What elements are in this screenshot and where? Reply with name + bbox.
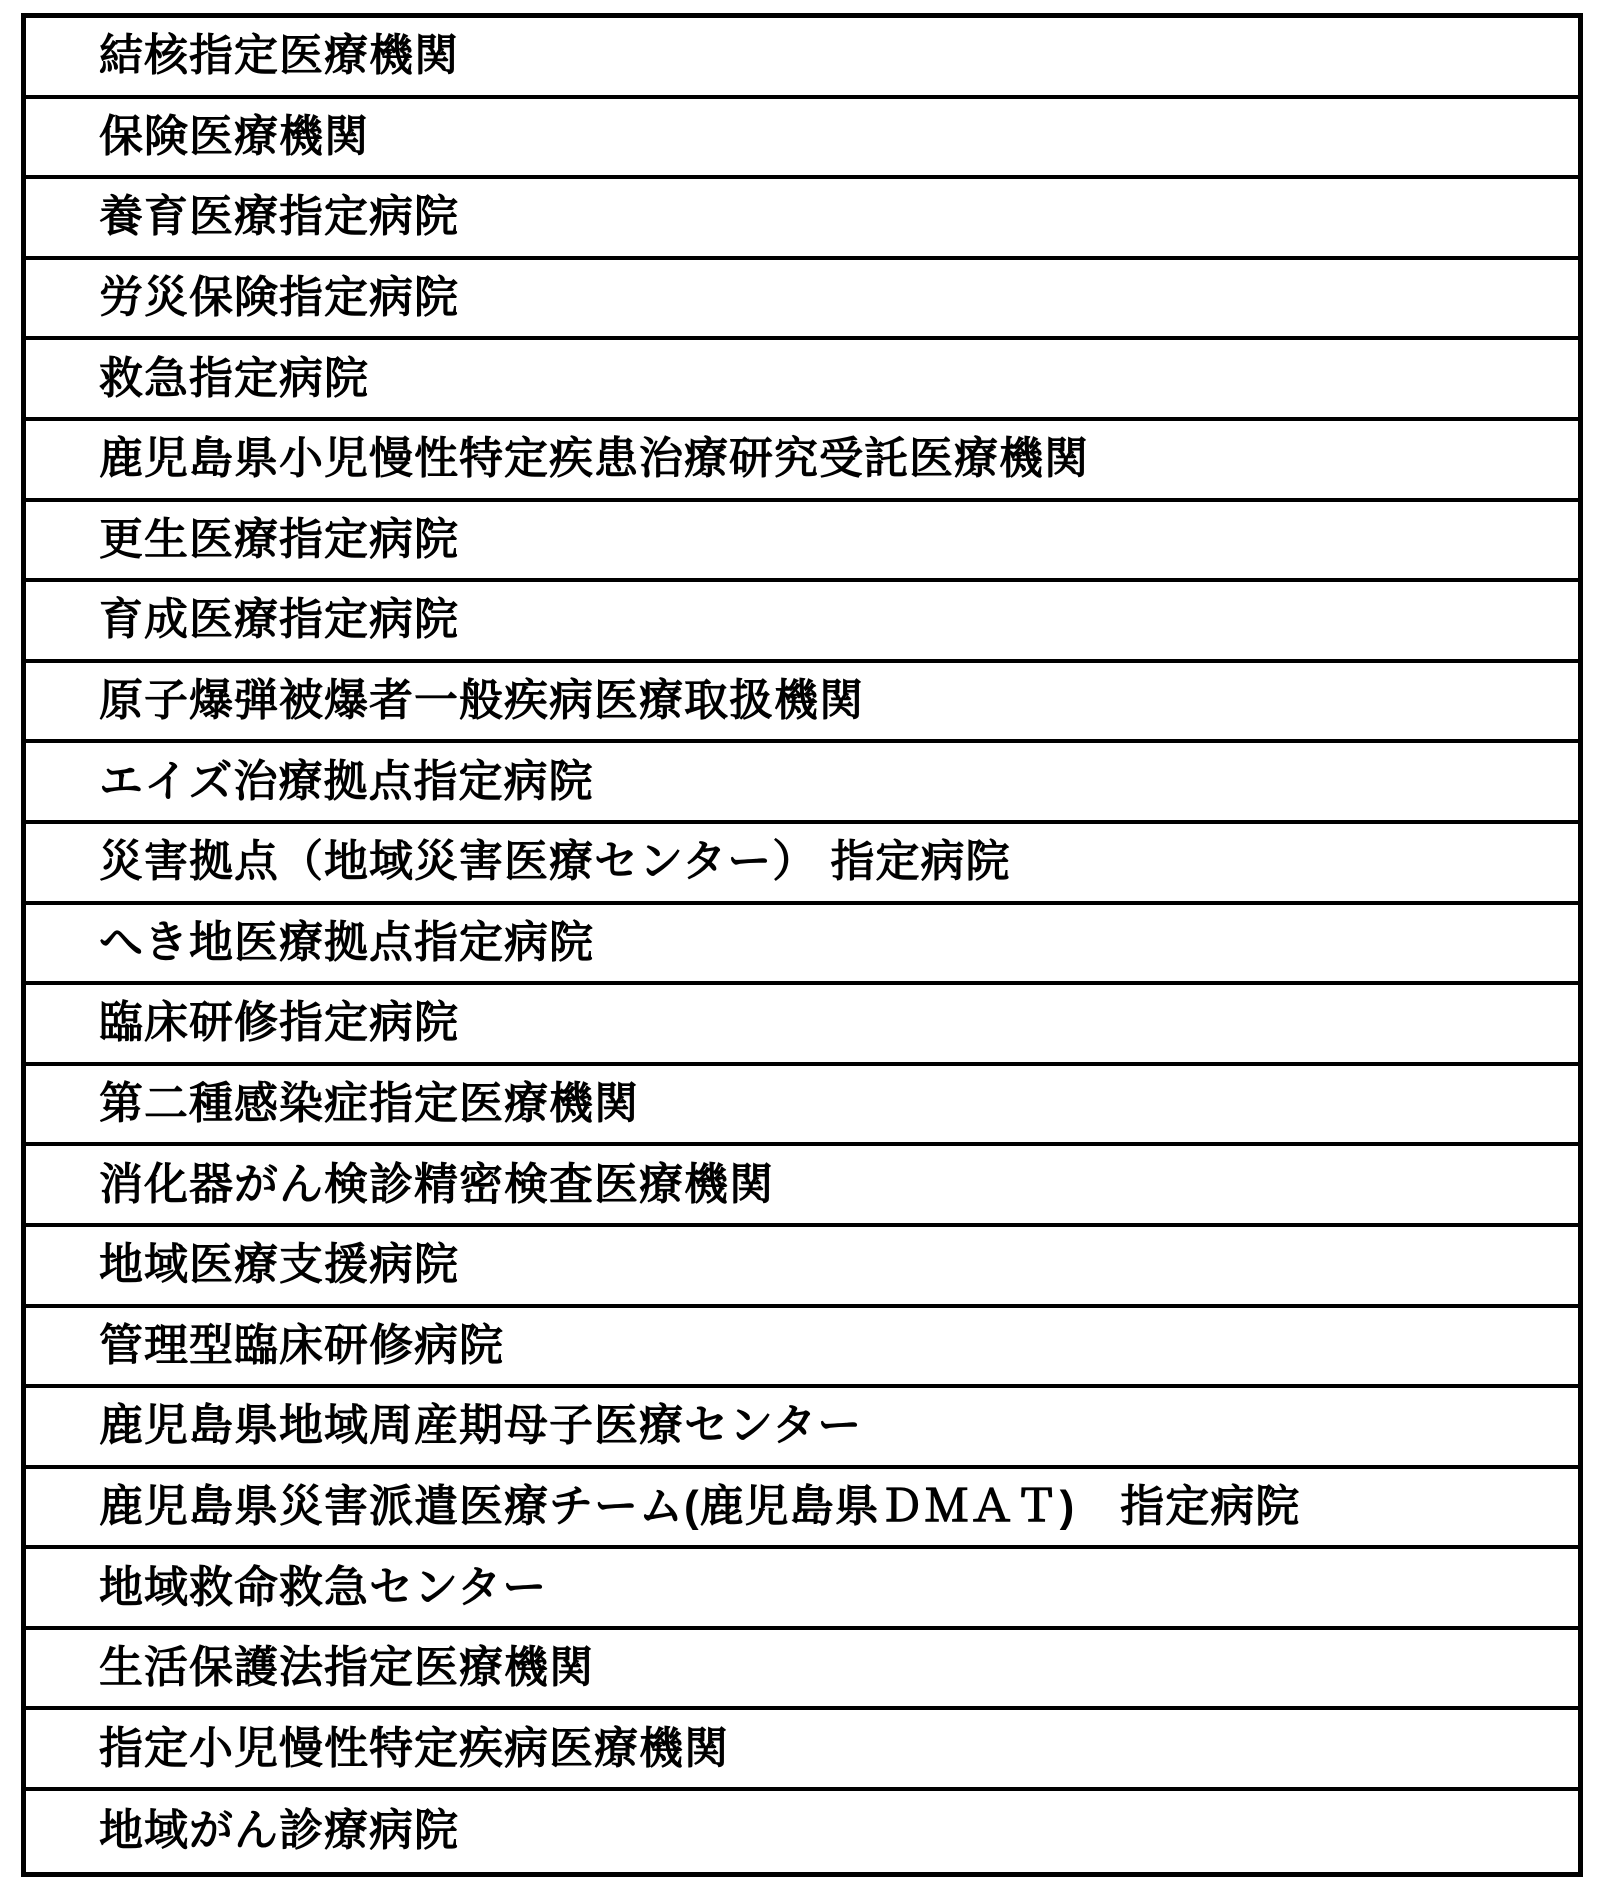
designation-label: 鹿児島県小児慢性特定疾患治療研究受託医療機関: [26, 437, 1089, 481]
table-row: 鹿児島県災害派遣医療チーム(鹿児島県ＤＭＡＴ) 指定病院: [26, 1469, 1578, 1550]
table-row: 災害拠点（地域災害医療センター） 指定病院: [26, 824, 1578, 905]
table-row: 指定小児慢性特定疾病医療機関: [26, 1710, 1578, 1791]
designation-table: 結核指定医療機関保険医療機関養育医療指定病院労災保険指定病院救急指定病院鹿児島県…: [21, 13, 1583, 1877]
designation-label: 更生医療指定病院: [26, 518, 459, 562]
table-row: 地域救命救急センター: [26, 1549, 1578, 1630]
table-row: 臨床研修指定病院: [26, 985, 1578, 1066]
table-row: 労災保険指定病院: [26, 260, 1578, 341]
designation-label: へき地医療拠点指定病院: [26, 921, 594, 965]
designation-label: 地域救命救急センター: [26, 1566, 547, 1610]
designation-label: 生活保護法指定医療機関: [26, 1646, 594, 1690]
designation-label: 原子爆弾被爆者一般疾病医療取扱機関: [26, 679, 864, 723]
table-row: 第二種感染症指定医療機関: [26, 1066, 1578, 1147]
designation-label: 地域医療支援病院: [26, 1243, 459, 1287]
designation-label: 鹿児島県地域周産期母子医療センター: [26, 1404, 862, 1448]
table-row: 生活保護法指定医療機関: [26, 1630, 1578, 1711]
table-row: 消化器がん検診精密検査医療機関: [26, 1146, 1578, 1227]
designation-label: 養育医療指定病院: [26, 195, 459, 239]
designation-label: 災害拠点（地域災害医療センター） 指定病院: [26, 840, 1010, 884]
table-row: エイズ治療拠点指定病院: [26, 743, 1578, 824]
designation-label: 鹿児島県災害派遣医療チーム(鹿児島県ＤＭＡＴ) 指定病院: [26, 1485, 1300, 1529]
table-row: 結核指定医療機関: [26, 18, 1578, 99]
designation-label: 労災保険指定病院: [26, 276, 459, 320]
designation-label: エイズ治療拠点指定病院: [26, 760, 594, 804]
designation-label: 結核指定医療機関: [26, 34, 459, 78]
designation-label: 指定小児慢性特定疾病医療機関: [26, 1727, 729, 1771]
designation-label: 臨床研修指定病院: [26, 1001, 459, 1045]
designation-label: 保険医療機関: [26, 115, 369, 159]
table-row: 原子爆弾被爆者一般疾病医療取扱機関: [26, 663, 1578, 744]
table-row: 地域医療支援病院: [26, 1227, 1578, 1308]
table-row: 更生医療指定病院: [26, 502, 1578, 583]
table-row: 養育医療指定病院: [26, 179, 1578, 260]
designation-label: 育成医療指定病院: [26, 598, 459, 642]
table-row: 救急指定病院: [26, 340, 1578, 421]
table-row: 保険医療機関: [26, 99, 1578, 180]
table-row: 地域がん診療病院: [26, 1791, 1578, 1872]
designation-label: 第二種感染症指定医療機関: [26, 1082, 639, 1126]
designation-label: 地域がん診療病院: [26, 1809, 459, 1853]
table-row: 鹿児島県地域周産期母子医療センター: [26, 1388, 1578, 1469]
designation-label: 管理型臨床研修病院: [26, 1324, 504, 1368]
table-row: 管理型臨床研修病院: [26, 1308, 1578, 1389]
designation-label: 消化器がん検診精密検査医療機関: [26, 1163, 774, 1207]
designation-label: 救急指定病院: [26, 357, 369, 401]
table-row: へき地医療拠点指定病院: [26, 905, 1578, 986]
table-row: 鹿児島県小児慢性特定疾患治療研究受託医療機関: [26, 421, 1578, 502]
table-row: 育成医療指定病院: [26, 582, 1578, 663]
